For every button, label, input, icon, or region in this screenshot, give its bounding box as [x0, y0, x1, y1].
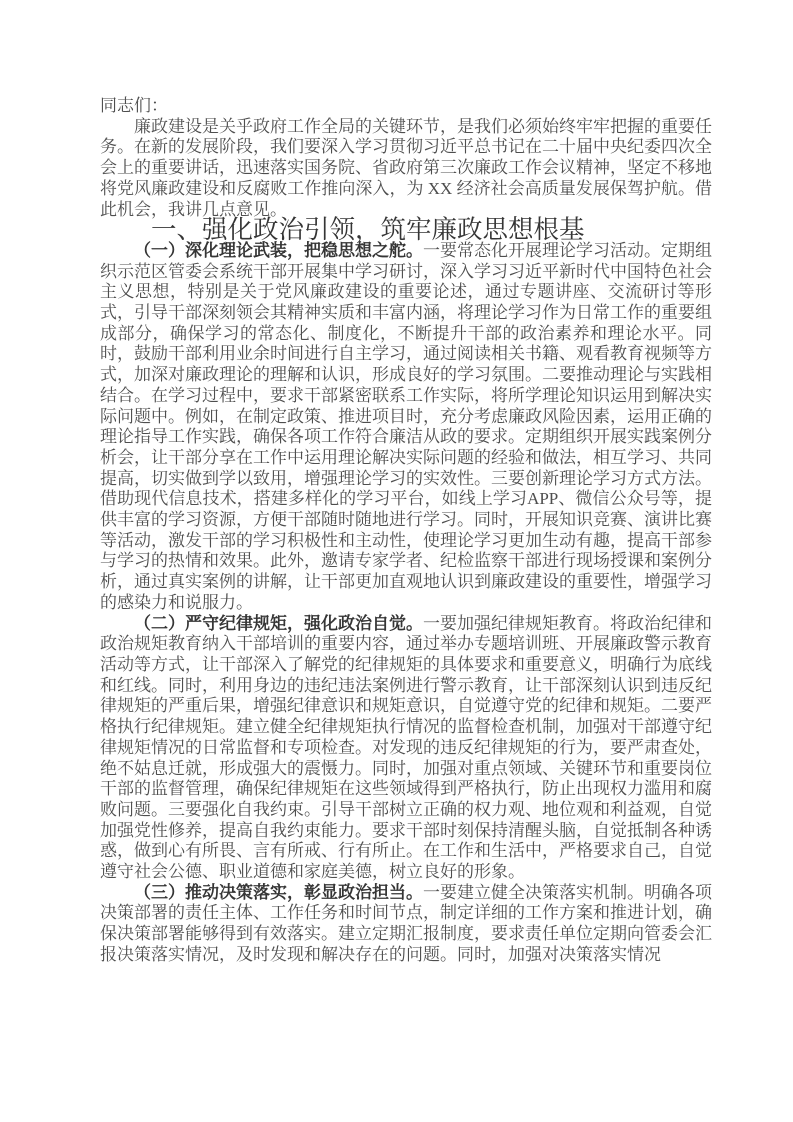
sub-paragraph-1: （一）深化理论武装，把稳思想之舵。一要常态化开展理论学习活动。定期组织示范区管委…	[100, 241, 712, 614]
sub-paragraph-2-lead: （二）严守纪律规矩，强化政治自觉。	[134, 614, 423, 633]
sub-paragraph-1-lead: （一）深化理论武装，把稳思想之舵。	[134, 241, 423, 260]
intro-paragraph: 廉政建设是关乎政府工作全局的关键环节，是我们必须始终牢牢把握的重要任务。在新的发…	[100, 117, 712, 221]
section-1-heading: 一、强化政治引领，筑牢廉政思想根基	[100, 220, 712, 241]
document-page: 同志们： 廉政建设是关乎政府工作全局的关键环节，是我们必须始终牢牢把握的重要任务…	[0, 0, 793, 1122]
salutation: 同志们：	[100, 96, 712, 117]
sub-paragraph-2-body: 一要加强纪律规矩教育。将政治纪律和政治规矩教育纳入干部培训的重要内容，通过举办专…	[100, 614, 712, 881]
sub-paragraph-3: （三）推动决策落实，彰显政治担当。一要建立健全决策落实机制。明确各项决策部署的责…	[100, 883, 712, 966]
sub-paragraph-2: （二）严守纪律规矩，强化政治自觉。一要加强纪律规矩教育。将政治纪律和政治规矩教育…	[100, 614, 712, 883]
sub-paragraph-1-body: 一要常态化开展理论学习活动。定期组织示范区管委会系统干部开展集中学习研讨，深入学…	[100, 241, 712, 612]
sub-paragraph-3-lead: （三）推动决策落实，彰显政治担当。	[134, 883, 423, 902]
